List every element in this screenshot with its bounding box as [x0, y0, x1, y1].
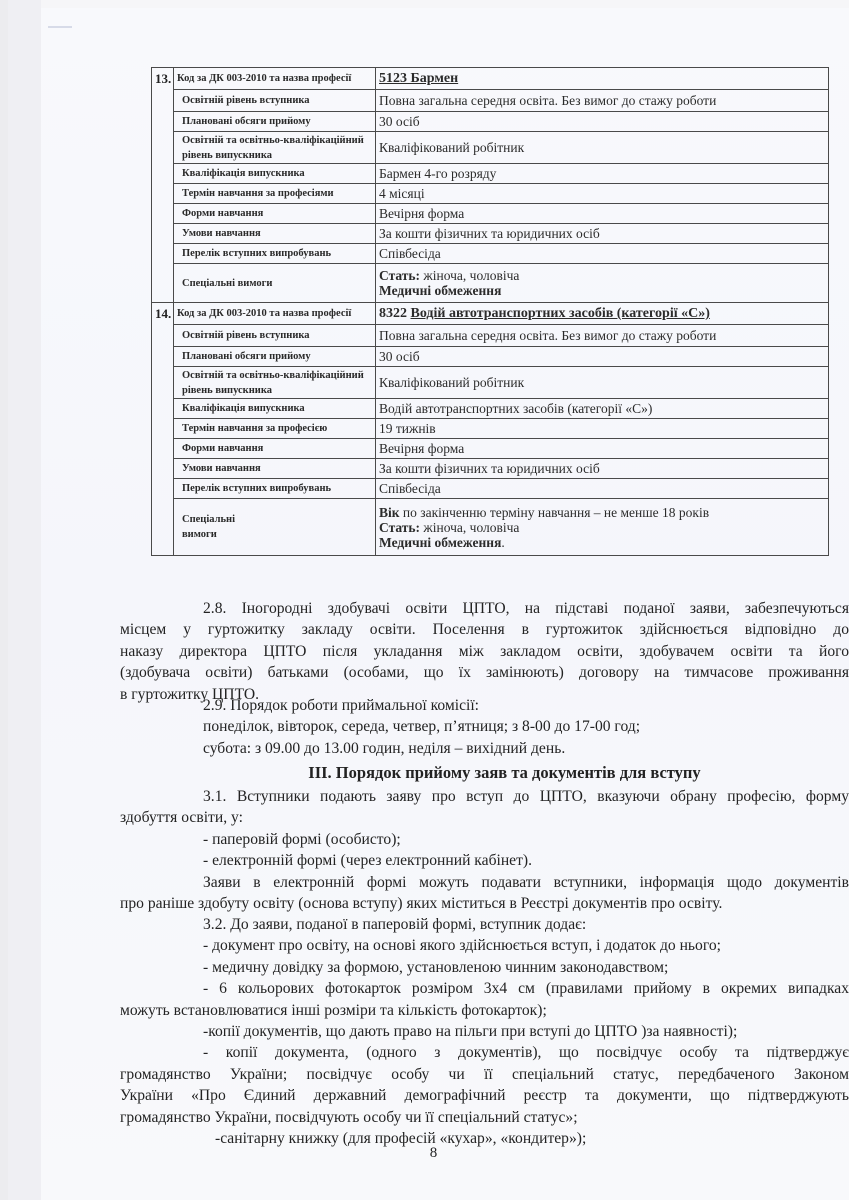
row-value: Водій автотранспортних засобів (категорі… — [376, 399, 829, 419]
profession-title: 5123 Бармен — [376, 68, 829, 90]
text-line: про раніше здобуту освіту (основа вступу… — [120, 893, 849, 914]
paragraph-3-2: 3.2. До заяви, поданої в паперовій формі… — [120, 914, 849, 1149]
row-label: Спеціальні вимоги — [174, 499, 376, 556]
table-row-header-14: 14. Код за ДК 003-2010 та назва професії… — [152, 303, 829, 325]
table-row: Освітній та освітньо-кваліфікаційний рів… — [152, 367, 829, 399]
row-value: Повна загальна середня освіта. Без вимог… — [376, 90, 829, 112]
table-row: Плановані обсяги прийому30 осіб — [152, 112, 829, 132]
row-label: Спеціальні вимоги — [174, 264, 376, 303]
row-value: За кошти фізичних та юридичних осіб — [376, 459, 829, 479]
list-item: - паперовій формі (особисто); — [120, 829, 849, 850]
row-value: Співбесіда — [376, 244, 829, 264]
row-label: Плановані обсяги прийому — [174, 347, 376, 367]
row-value: Бармен 4-го розряду — [376, 164, 829, 184]
table-row: Освітній рівень вступникаПовна загальна … — [152, 90, 829, 112]
row-value: Вечірня форма — [376, 439, 829, 459]
row-label: Умови навчання — [174, 224, 376, 244]
text-line: 2.9. Порядок роботи приймальної комісії: — [120, 695, 849, 716]
row-label: Термін навчання за професією — [174, 419, 376, 439]
row-label: Умови навчання — [174, 459, 376, 479]
text-line: субота: з 09.00 до 13.00 годин, неділя –… — [120, 738, 849, 759]
text-line: (здобувача освіти) батьками (особами, що… — [120, 662, 849, 683]
table-row: Освітній рівень вступникаПовна загальна … — [152, 325, 829, 347]
table-row: Перелік вступних випробуваньСпівбесіда — [152, 244, 829, 264]
scan-mark — [48, 26, 72, 28]
text-line: України «Про Єдиний державний демографіч… — [120, 1085, 849, 1106]
text-line: громадянство України, посвідчують особу … — [120, 1107, 849, 1128]
row-label: Кваліфікація випускника — [174, 399, 376, 419]
row-label: Освітній та освітньо-кваліфікаційний рів… — [174, 132, 376, 164]
list-item: -копії документів, що дають право на піл… — [120, 1021, 849, 1042]
table-row: Кваліфікація випускникаБармен 4-го розря… — [152, 164, 829, 184]
row-label: Код за ДК 003-2010 та назва професії — [174, 68, 376, 90]
text-line: Заяви в електронній формі можуть подават… — [120, 872, 849, 893]
text-line: 3.1. Вступники подають заяву про вступ д… — [120, 786, 849, 807]
table-row: Перелік вступних випробуваньСпівбесіда — [152, 479, 829, 499]
special-requirements: Вік по закінченню терміну навчання – не … — [376, 499, 829, 556]
row-label: Кваліфікація випускника — [174, 164, 376, 184]
row-value: Повна загальна середня освіта. Без вимог… — [376, 325, 829, 347]
text-line: 2.8. Іногородні здобувачі освіти ЦПТО, н… — [120, 598, 849, 619]
row-value: За кошти фізичних та юридичних осіб — [376, 224, 829, 244]
row-label: Перелік вступних випробувань — [174, 244, 376, 264]
text-line: здобуття освіти, у: — [120, 807, 849, 828]
text-line: понеділок, вівторок, середа, четвер, п’я… — [120, 716, 849, 737]
table-row-header-13: 13. Код за ДК 003-2010 та назва професії… — [152, 68, 829, 90]
row-value: Кваліфікований робітник — [376, 367, 829, 399]
table-row: Кваліфікація випускникаВодій автотранспо… — [152, 399, 829, 419]
table-row: Плановані обсяги прийому30 осіб — [152, 347, 829, 367]
special-requirements: Стать: жіноча, чоловіча Медичні обмеженн… — [376, 264, 829, 303]
row-label: Освітній рівень вступника — [174, 90, 376, 112]
paragraph-2-8: 2.8. Іногородні здобувачі освіти ЦПТО, н… — [120, 598, 849, 705]
list-item: - копії документа, (одного з документів)… — [120, 1042, 849, 1063]
table-row-special: Спеціальні вимоги Стать: жіноча, чоловіч… — [152, 264, 829, 303]
row-label: Перелік вступних випробувань — [174, 479, 376, 499]
list-item: - медичну довідку за формою, установлено… — [120, 957, 849, 978]
text-line: місцем у гуртожитку закладу освіти. Посе… — [120, 619, 849, 640]
scanner-margin — [8, 0, 41, 1200]
table-row-special: Спеціальні вимоги Вік по закінченню терм… — [152, 499, 829, 556]
text-line: можуть встановлюватися інші розміри та к… — [120, 1000, 849, 1021]
row-label: Освітній рівень вступника — [174, 325, 376, 347]
list-item: - документ про освіту, на основі якого з… — [120, 935, 849, 956]
row-label: Форми навчання — [174, 204, 376, 224]
row-label: Плановані обсяги прийому — [174, 112, 376, 132]
row-value: 30 осіб — [376, 347, 829, 367]
list-item: - електронній формі (через електронний к… — [120, 850, 849, 871]
professions-table: 13. Код за ДК 003-2010 та назва професії… — [151, 67, 829, 556]
table-row: Умови навчанняЗа кошти фізичних та юриди… — [152, 224, 829, 244]
table-row: Термін навчання за професіями4 місяці — [152, 184, 829, 204]
page-number: 8 — [0, 1145, 849, 1162]
section-heading: ІІІ. Порядок прийому заяв та документів … — [120, 763, 849, 783]
scanner-edge — [0, 0, 8, 1200]
row-value: Співбесіда — [376, 479, 829, 499]
list-item: - 6 кольорових фотокарток розміром 3х4 с… — [120, 978, 849, 999]
row-value: 4 місяці — [376, 184, 829, 204]
table-row: Форми навчанняВечірня форма — [152, 204, 829, 224]
table-row: Форми навчанняВечірня форма — [152, 439, 829, 459]
paragraph-2-9: 2.9. Порядок роботи приймальної комісії:… — [120, 695, 849, 759]
text-line: 3.2. До заяви, поданої в паперовій формі… — [120, 914, 849, 935]
row-label: Код за ДК 003-2010 та назва професії — [174, 303, 376, 325]
row-label: Термін навчання за професіями — [174, 184, 376, 204]
table-row: Освітній та освітньо-кваліфікаційний рів… — [152, 132, 829, 164]
table-row: Умови навчанняЗа кошти фізичних та юриди… — [152, 459, 829, 479]
table-row: Термін навчання за професією19 тижнів — [152, 419, 829, 439]
entry-number: 14. — [152, 303, 174, 556]
profession-title: 8322 Водій автотранспортних засобів (кат… — [376, 303, 829, 325]
row-label: Форми навчання — [174, 439, 376, 459]
row-value: 30 осіб — [376, 112, 829, 132]
row-label: Освітній та освітньо-кваліфікаційний рів… — [174, 367, 376, 399]
text-line: громадянство України; посвідчує особу чи… — [120, 1064, 849, 1085]
row-value: Кваліфікований робітник — [376, 132, 829, 164]
entry-number: 13. — [152, 68, 174, 303]
row-value: 19 тижнів — [376, 419, 829, 439]
row-value: Вечірня форма — [376, 204, 829, 224]
paragraph-3-1: 3.1. Вступники подають заяву про вступ д… — [120, 786, 849, 914]
text-line: наказу директора ЦПТО після укладання мі… — [120, 641, 849, 662]
